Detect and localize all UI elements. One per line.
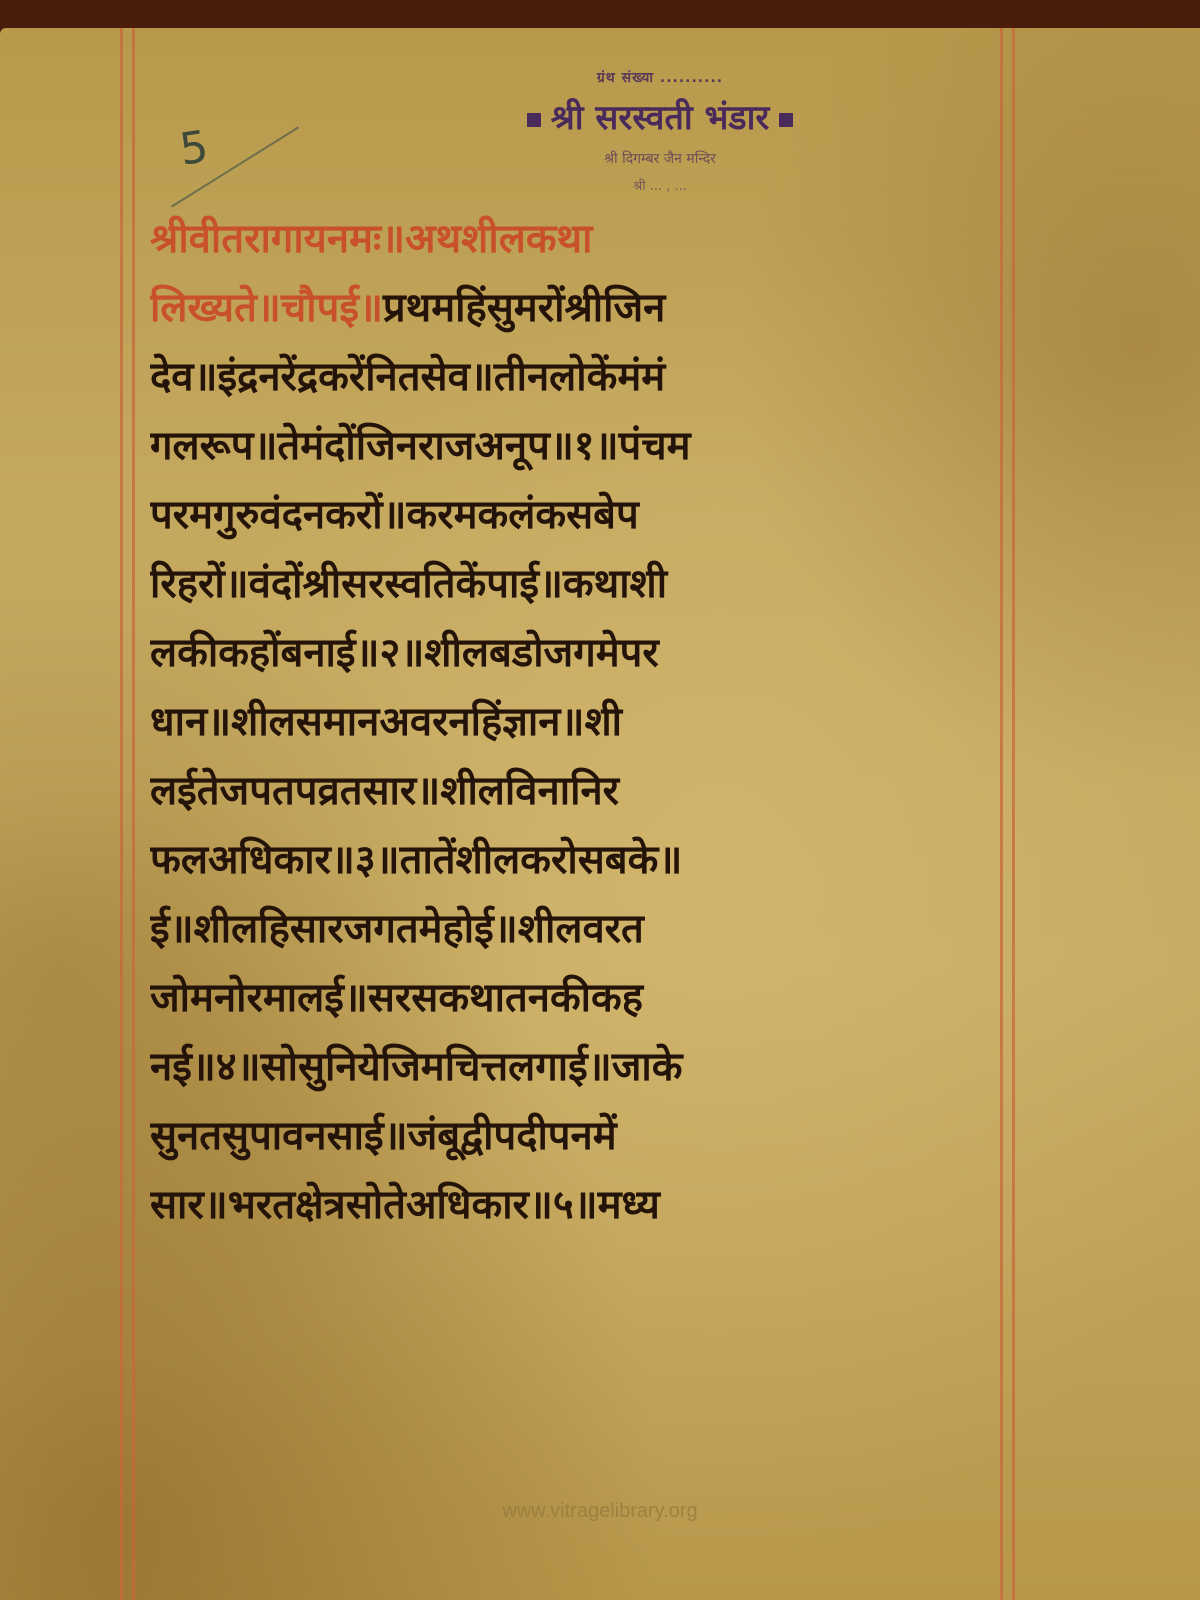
stamp-square-icon (527, 113, 541, 127)
manuscript-line: रिहरों॥वंदोंश्रीसरस्वतिकेंपाई॥कथाशी (150, 550, 1050, 619)
stamp-title: श्री सरस्वती भंडार (430, 93, 890, 139)
stamp-serial-line: ग्रंथ संख्या .......... (430, 68, 890, 87)
manuscript-text: श्रीवीतरागायनमः॥अथशीलकथा लिख्यते॥चौपई॥प्… (150, 205, 1050, 1240)
manuscript-line: गलरूप॥तेमंदोंजिनराजअनूप॥१॥पंचम (150, 412, 1050, 481)
folio-number: 5 (177, 121, 212, 175)
manuscript-line: परमगुरुवंदनकरों॥करमकलंकसबेप (150, 481, 1050, 550)
manuscript-line: देव॥इंद्रनरेंद्रकरेंनितसेव॥तीनलोकेंमंमं (150, 343, 1050, 412)
stamp-address-line: श्री ... , ... (430, 176, 890, 194)
stamp-temple-line: श्री दिगम्बर जैन मन्दिर (430, 149, 890, 168)
manuscript-line: धान॥शीलसमानअवरनहिंज्ञान॥शी (150, 688, 1050, 757)
manuscript-line: फलअधिकार॥३॥तातेंशीलकरोसबके॥ (150, 826, 1050, 895)
stamp-square-icon (779, 113, 793, 127)
manuscript-line: जोमनोरमालई॥सरसकथातनकीकह (150, 964, 1050, 1033)
library-stamp: ग्रंथ संख्या .......... श्री सरस्वती भंड… (430, 68, 890, 194)
manuscript-line: श्रीवीतरागायनमः॥अथशीलकथा (150, 205, 1050, 274)
manuscript-line: लिख्यते॥चौपई॥प्रथमहिंसुमरोंश्रीजिन (150, 274, 1050, 343)
left-margin-rule (120, 28, 123, 1600)
manuscript-line: नई॥४॥सोसुनियेजिमचित्तलगाई॥जाके (150, 1033, 1050, 1102)
left-margin-rule-inner (132, 28, 135, 1600)
watermark: www.vitragelibrary.org (0, 1500, 1200, 1523)
line-text: प्रथमहिंसुमरोंश्रीजिन (383, 285, 665, 331)
manuscript-line: लकीकहोंबनाई॥२॥शीलबडोजगमेपर (150, 619, 1050, 688)
manuscript-line: लईतेजपतपव्रतसार॥शीलविनानिर (150, 757, 1050, 826)
manuscript-line: सुनतसुपावनसाई॥जंबूद्वीपदीपनमें (150, 1102, 1050, 1171)
stamp-title-text: श्री सरस्वती भंडार (551, 98, 770, 138)
rubric-heading: लिख्यते॥चौपई॥ (150, 285, 383, 331)
manuscript-line: सार॥भरतक्षेत्रसोतेअधिकार॥५॥मध्य (150, 1171, 1050, 1240)
manuscript-line: ई॥शीलहिसारजगतमेहोई॥शीलवरत (150, 895, 1050, 964)
